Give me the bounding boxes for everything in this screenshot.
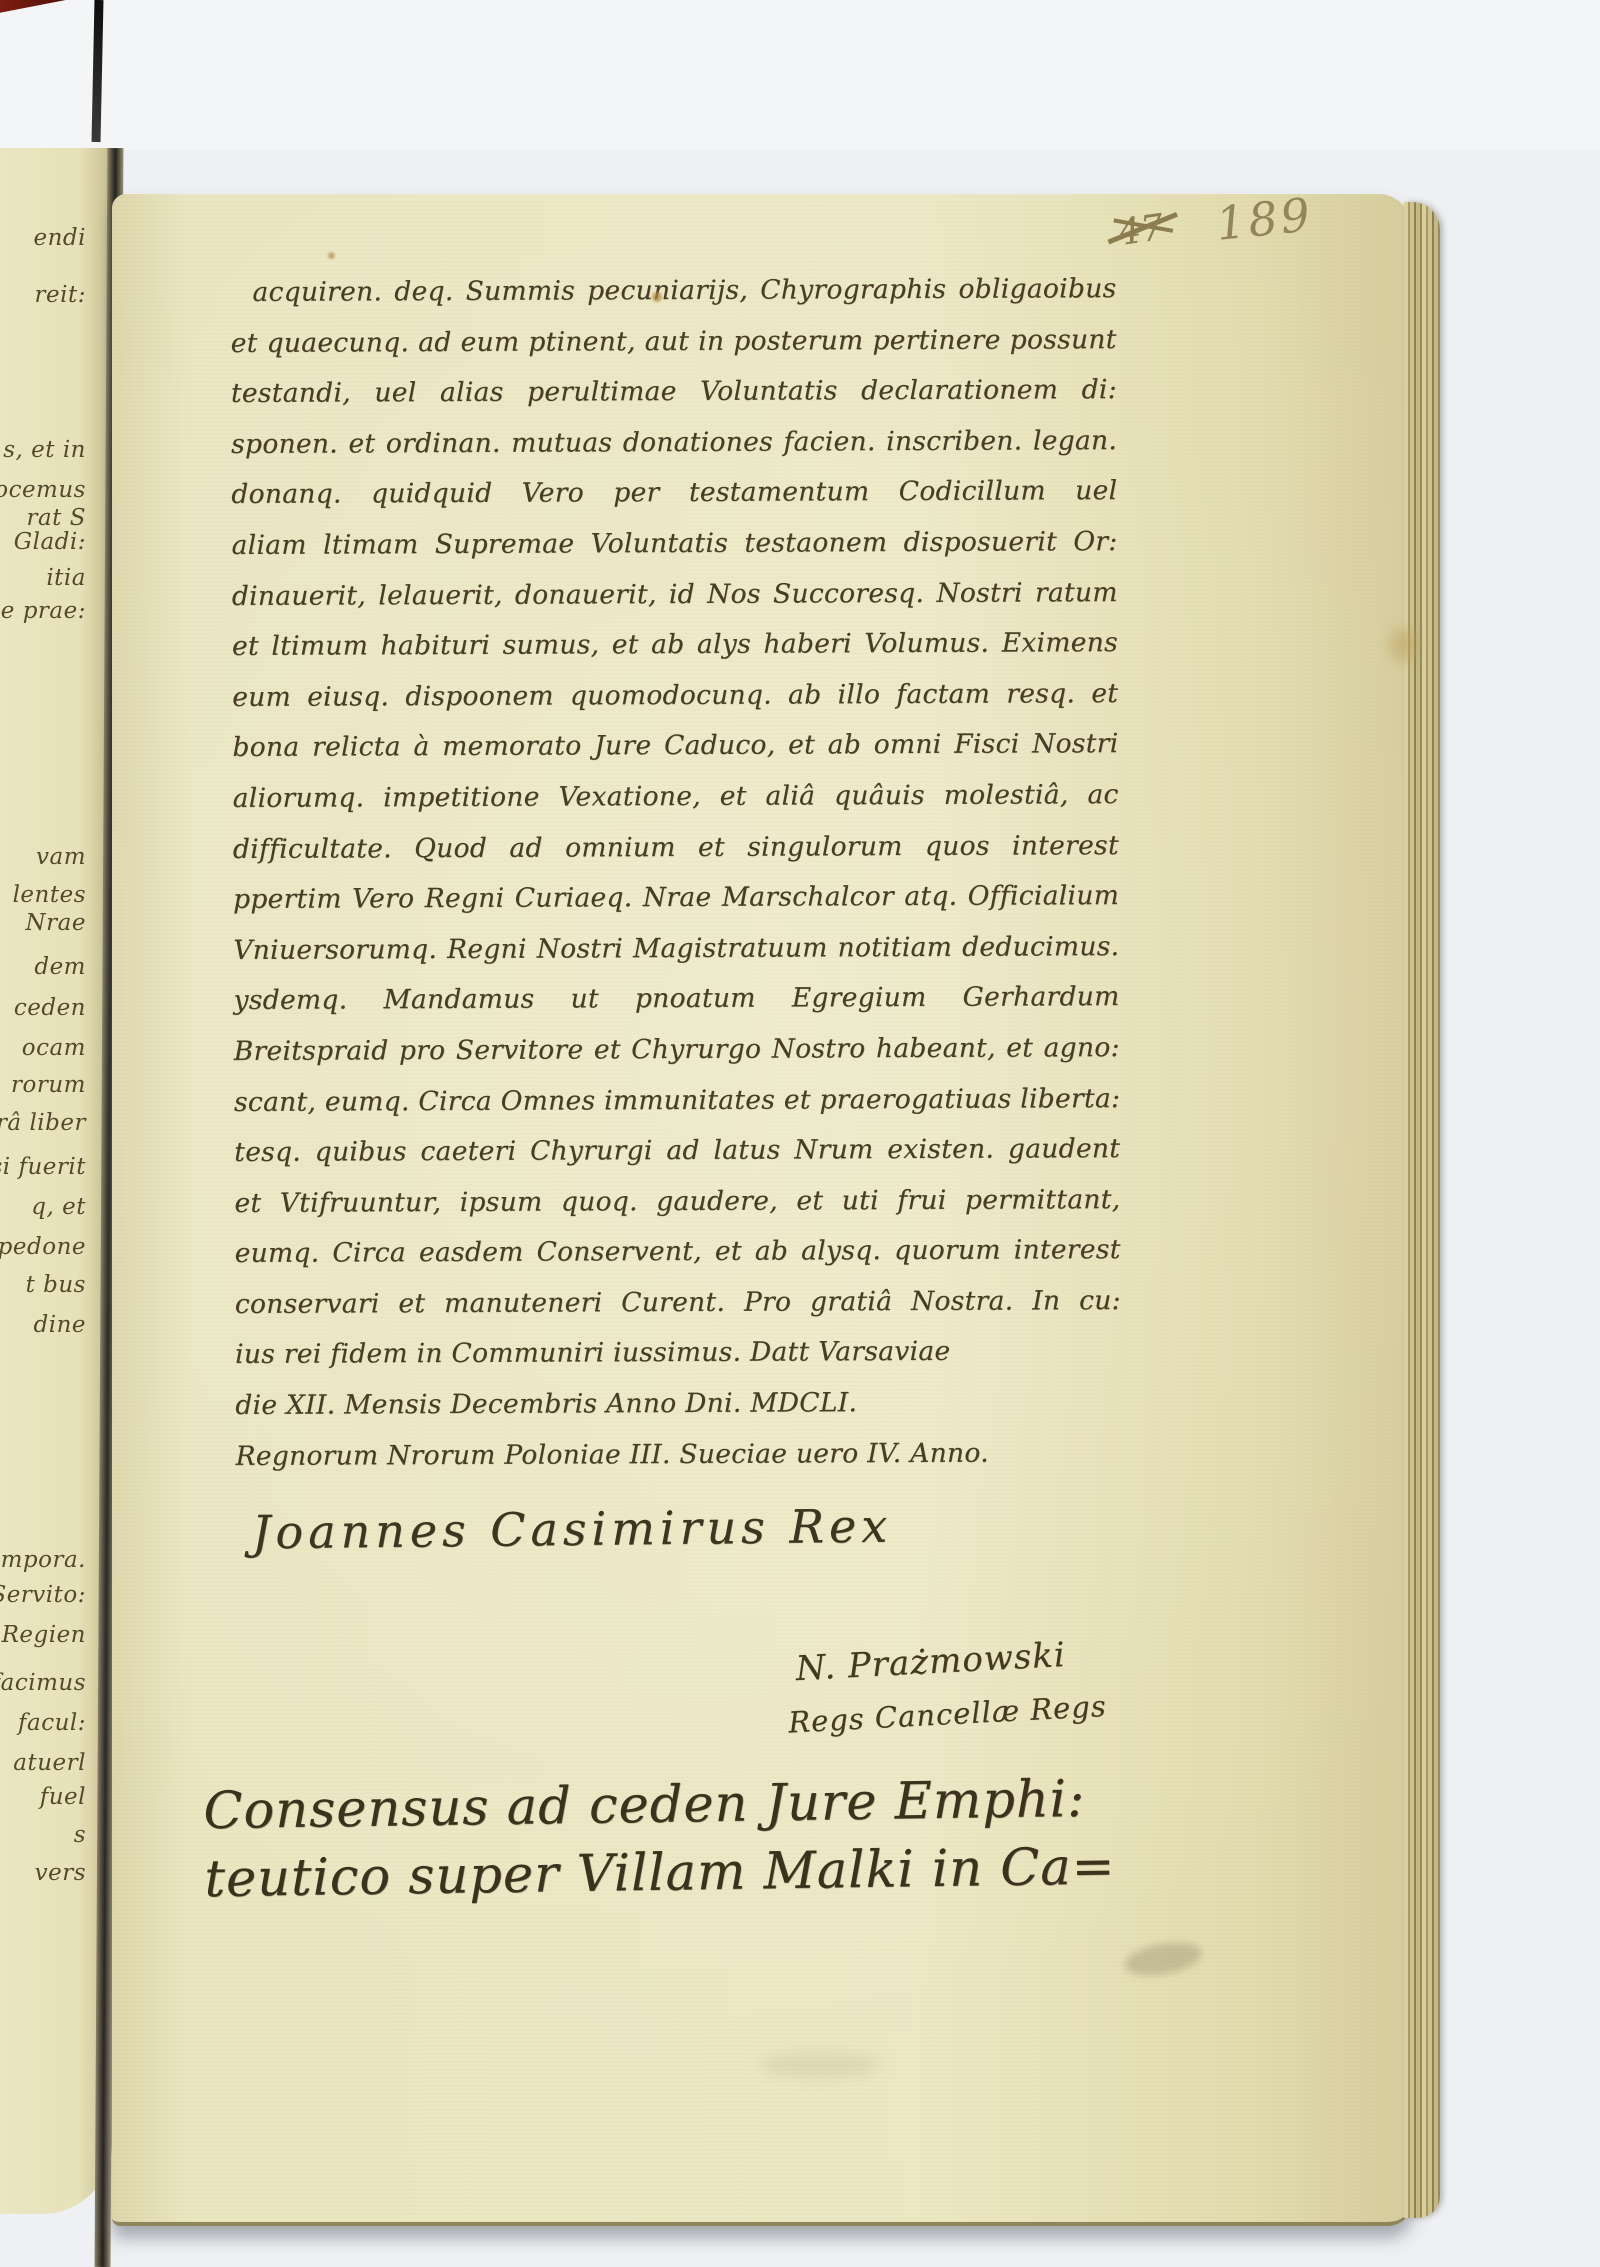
left-page-fragment: rorum (11, 1072, 86, 1098)
left-page-fragment: Nrae (26, 910, 86, 936)
cancelled-folio-number: 47 (1115, 207, 1166, 254)
left-page-fragment: tempora. (0, 1547, 86, 1573)
body-line: testandi, uel alias perultimae Voluntati… (231, 365, 1117, 419)
scanned-manuscript-view: endi reit: s, et in uocemus rat S Gladi:… (0, 0, 1600, 2267)
body-line: et ltimum habituri sumus, et ab alys hab… (232, 618, 1118, 672)
left-page-fragment: lentes (13, 882, 86, 908)
body-line: ppertim Vero Regni Curiaeq. Nrae Marscha… (233, 871, 1119, 925)
body-line: bona relicta à memorato Jure Caduco, et … (232, 719, 1118, 773)
left-page-fragment: ceden (14, 995, 86, 1021)
section-heading-line-2: teutico super Villam Malki in Ca= (204, 1834, 1085, 1914)
left-page-fragment: endi (33, 225, 86, 251)
body-line: scant, eumq. Circa Omnes immunitates et … (234, 1074, 1120, 1128)
body-line: ysdemq. Mandamus ut pnoatum Egregium Ger… (233, 972, 1119, 1026)
left-page-fragment: facul: (18, 1710, 86, 1736)
body-line: difficultate. Quod ad omnium et singulor… (233, 821, 1119, 875)
body-line: die XII. Mensis Decembris Anno Dni. MDCL… (235, 1377, 1121, 1431)
left-page-fragment: dem (34, 954, 86, 980)
left-page-fragment: vam (36, 844, 86, 870)
page-edge-stack (1404, 202, 1440, 2218)
royal-signature: Joannes Casimirus Rex (252, 1499, 893, 1560)
left-page-fragment: reit: (35, 282, 86, 308)
body-line: conservari et manuteneri Curent. Pro gra… (235, 1276, 1121, 1330)
body-line: aliorumq. impetitione Vexatione, et aliâ… (233, 770, 1119, 824)
body-line: et Vtifruuntur, ipsum quoq. gaudere, et … (234, 1175, 1120, 1229)
body-line: Regnorum Nrorum Poloniae III. Sueciae ue… (235, 1428, 1121, 1482)
left-page-fragment: Servito: (0, 1582, 86, 1608)
body-line: eum eiusq. dispoonem quomodocunq. ab ill… (232, 669, 1118, 723)
left-page-fragment: Regien (2, 1622, 86, 1648)
body-line: Breitspraid pro Servitore et Chyrurgo No… (234, 1023, 1120, 1077)
body-line: ius rei fidem in Communiri iussimus. Dat… (235, 1327, 1121, 1381)
left-page-fragment: nae prae: (0, 598, 86, 624)
left-page-fragment: si fuerit (0, 1154, 86, 1180)
scanner-backdrop-top (0, 0, 1600, 150)
left-page-fragment: Gladi: (14, 529, 86, 555)
left-page-fragment: s, et in (3, 437, 86, 463)
section-heading: Consensus ad ceden Jure Emphi: teutico s… (203, 1766, 1085, 1914)
previous-page-edge: endi reit: s, et in uocemus rat S Gladi:… (0, 148, 112, 2214)
body-line: eumq. Circa easdem Conservent, et ab aly… (235, 1225, 1121, 1279)
ink-stain (328, 252, 335, 259)
left-page-fragment: dine (33, 1312, 86, 1338)
left-page-fragment: fuel (40, 1784, 86, 1810)
parchment-stain (760, 2052, 880, 2078)
body-line: sponen. et ordinan. mutuas donationes fa… (231, 416, 1117, 470)
left-page-fragment: itia (46, 565, 86, 591)
left-page-fragment: vers (35, 1860, 86, 1886)
folio-number: 189 (1213, 187, 1315, 251)
left-page-fragment: t bus (26, 1272, 86, 1298)
left-page-fragment: uocemus (0, 477, 86, 503)
left-page-fragment: q, et (31, 1194, 86, 1220)
left-page-fragment: atuerl (13, 1750, 86, 1776)
parchment-stain (1390, 628, 1418, 662)
body-line: dinauerit, lelauerit, donauerit, id Nos … (232, 568, 1118, 622)
left-page-fragment: ocam (22, 1035, 86, 1061)
body-text-block: acquiren. deq. Summis pecuniarijs, Chyro… (230, 264, 1121, 1482)
left-page-fragment: râ liber (0, 1110, 86, 1136)
body-line: et quaecunq. ad eum ptinent, aut in post… (231, 315, 1117, 369)
left-page-fragment: rat S (26, 505, 86, 531)
left-page-fragment: mpedone (0, 1234, 86, 1260)
left-page-fragment: facimus (0, 1670, 86, 1696)
body-line: aliam ltimam Supremae Voluntatis testaon… (231, 517, 1117, 571)
body-line: tesq. quibus caeteri Chyrurgi ad latus N… (234, 1124, 1120, 1178)
body-line: donanq. quidquid Vero per testamentum Co… (231, 466, 1117, 520)
body-line: Vniuersorumq. Regni Nostri Magistratuum … (233, 922, 1119, 976)
left-page-fragment: s (74, 1822, 86, 1848)
ink-stain (652, 292, 662, 302)
section-heading-line-1: Consensus ad ceden Jure Emphi: (203, 1766, 1084, 1846)
body-line: acquiren. deq. Summis pecuniarijs, Chyro… (230, 264, 1116, 318)
